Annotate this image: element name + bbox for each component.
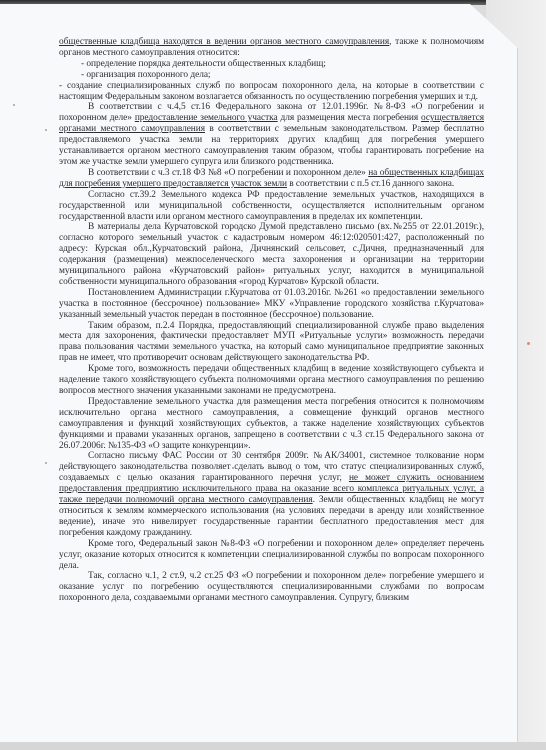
scan-speck xyxy=(232,467,234,469)
paragraph: В материалы дела Курчатовской городско Д… xyxy=(59,222,484,287)
paragraph: Так, согласно ч.1, 2 ст.9, ч.2 ст.25 ФЗ … xyxy=(59,571,484,604)
text-segment: Согласно ст.39.2 Земельного кодекса РФ п… xyxy=(59,190,484,222)
paragraph: Таким образом, п.2.4 Порядка, предоставл… xyxy=(59,321,484,365)
paragraph: Согласно письму ФАС России от 30 сентябр… xyxy=(59,451,484,538)
scan-speck xyxy=(13,104,15,106)
text-segment: в соответствии с п.5 ст.16 данного закон… xyxy=(287,179,454,189)
text-segment: - создание специализированных служб по в… xyxy=(59,81,484,102)
paragraph: В соответствии с ч.3 ст.18 ФЗ №8 «О погр… xyxy=(59,168,484,190)
list-item: - организация похоронного дела; xyxy=(59,70,484,81)
paragraph: Кроме того, возможность передачи обществ… xyxy=(59,364,484,397)
scan-speck xyxy=(45,462,47,464)
text-segment: В соответствии с ч.3 ст.18 ФЗ №8 «О погр… xyxy=(88,168,368,178)
text-segment: - определение порядка деятельности общес… xyxy=(81,59,326,69)
document-body: общественные кладбища находятся в ведени… xyxy=(59,37,484,604)
text-segment: В материалы дела Курчатовской городско Д… xyxy=(59,222,484,287)
text-segment: - организация похоронного дела; xyxy=(81,70,211,80)
paragraph: Согласно ст.39.2 Земельного кодекса РФ п… xyxy=(59,190,484,223)
underlined-text: предоставление земельного участка xyxy=(135,113,278,123)
list-item: - определение порядка деятельности общес… xyxy=(59,59,484,70)
scan-bottom-edge xyxy=(0,742,546,750)
text-segment: Кроме того, Федеральный закон №8-ФЗ «О п… xyxy=(59,539,484,571)
list-item: - создание специализированных служб по в… xyxy=(59,81,484,103)
paragraph: общественные кладбища находятся в ведени… xyxy=(59,37,484,59)
text-segment: Так, согласно ч.1, 2 ст.9, ч.2 ст.25 ФЗ … xyxy=(59,571,484,603)
text-segment: Предоставление земельного участка для ра… xyxy=(59,397,484,451)
underlined-text: общественные кладбища находятся в ведени… xyxy=(59,37,389,47)
paragraph: Постановлением Администрации г.Курчатова… xyxy=(59,288,484,321)
paragraph: Кроме того, Федеральный закон №8-ФЗ «О п… xyxy=(59,539,484,572)
paragraph: В соответствии с ч.4,5 ст.16 Федеральног… xyxy=(59,102,484,167)
text-segment: Постановлением Администрации г.Курчатова… xyxy=(59,288,484,320)
scan-speck-red xyxy=(527,342,530,345)
scan-speck xyxy=(45,129,47,131)
text-segment: Кроме того, возможность передачи обществ… xyxy=(59,364,484,396)
paragraph: Предоставление земельного участка для ра… xyxy=(59,397,484,452)
text-segment: Таким образом, п.2.4 Порядка, предоставл… xyxy=(59,321,484,364)
text-segment: для размещения места погребения xyxy=(278,113,421,123)
document-page: общественные кладбища находятся в ведени… xyxy=(0,4,518,742)
